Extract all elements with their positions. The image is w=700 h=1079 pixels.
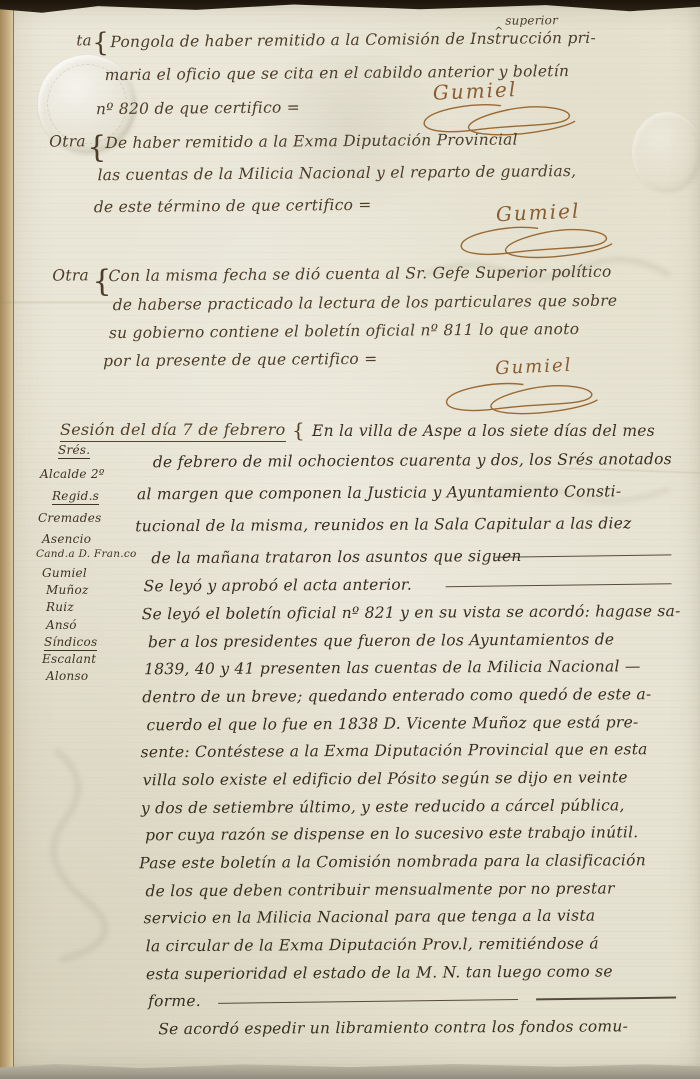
margin-attendee: Asencio [42,532,91,546]
handwriting-line: forme. [148,992,201,1010]
margin-attendee: Gumiel [42,566,87,580]
binding-edge [0,0,14,1079]
paper-crease [0,302,130,303]
handwriting-line: nº 820 de que certifico = [96,98,300,118]
margin-attendee: Cand.a D. Fran.co [36,548,137,560]
scanned-manuscript: superior ^ ta { Pongola de haber remitid… [0,0,700,1079]
margin-attendee: Ruiz [46,600,74,614]
margin-attendee: Ansó [46,618,77,632]
interline-insertion: superior [505,13,558,27]
handwriting-line: de este término de que certifico = [94,196,372,216]
ink-bleedthrough [25,740,155,970]
brace-mark: { [87,130,106,165]
margin-attendee: Escalant [42,652,96,666]
handwriting-line: cuerdo el que lo fue en 1838 D. Vicente … [146,713,638,734]
handwriting-line: villa solo existe el edificio del Pósito… [143,768,628,789]
margin-attendee: Muñoz [46,583,89,597]
handwriting-line: Se acordó espedir un libramiento contra … [158,1017,628,1038]
catchword: ta [76,31,92,49]
handwriting-line: Se leyó el boletín oficial nº 821 y en s… [142,602,681,623]
handwriting-line: de la mañana trataron los asuntos que si… [151,547,521,567]
session-heading: Sesión del día 7 de febrero [60,420,286,442]
handwriting-line: por la presente de que certifico = [103,350,377,370]
handwriting-line: servicio en la Milicia Nacional para que… [144,907,596,928]
handwriting-line: Se leyó y aprobó el acta anterior. [144,576,413,596]
signature-gumiel: Gumiel [495,355,573,379]
handwriting-line: sente: Contéstese a la Exma Diputación P… [141,740,648,761]
margin-attendee: Cremades [38,511,102,525]
brace-mark: { [92,28,109,58]
margin-attendee: Síndicos [44,635,97,651]
margin-attendee: Alcalde 2º [40,467,105,481]
signature-rubric [435,378,605,421]
handwriting-line: y dos de setiembre último, y este reduci… [141,796,625,817]
entry-label-otra: Otra [49,132,86,150]
handwriting-line: la circular de la Exma Diputación Prov.l… [146,934,599,955]
handwriting-line: dentro de un breve; quedando enterado co… [142,685,651,706]
brace-mark: { [292,418,305,442]
margin-attendee: Regid.s [52,489,99,505]
handwriting-line: de los que deben contribuir mensualmente… [145,879,614,900]
embossed-seal-faint [632,112,700,192]
handwriting-line: de febrero de mil ochocientos cuarenta y… [153,450,672,471]
handwriting-line: tucional de la misma, reunidos en la Sal… [135,514,631,535]
handwriting-line: al margen que componen la Justicia y Ayu… [137,482,621,503]
handwriting-line: Pase este boletín a la Comisión nombrada… [139,851,646,872]
handwriting-line: esta superioridad el estado de la M. N. … [146,962,613,983]
handwriting-line: De haber remitido a la Exma Diputación P… [105,131,518,153]
entry-label-otra: Otra [52,266,89,284]
handwriting-line: 1839, 40 y 41 presenten las cuentas de l… [144,657,641,678]
margin-attendee: Alonso [46,669,88,683]
handwriting-line: ber a los presidentes que fueron de los … [148,630,615,651]
handwriting-line: por cuya razón se dispense en lo sucesiv… [145,823,638,844]
session-heading-continuation: En la villa de Aspe a los siete días del… [312,422,655,440]
signature-rubric [450,222,620,265]
margin-attendee: Srés. [58,443,90,459]
